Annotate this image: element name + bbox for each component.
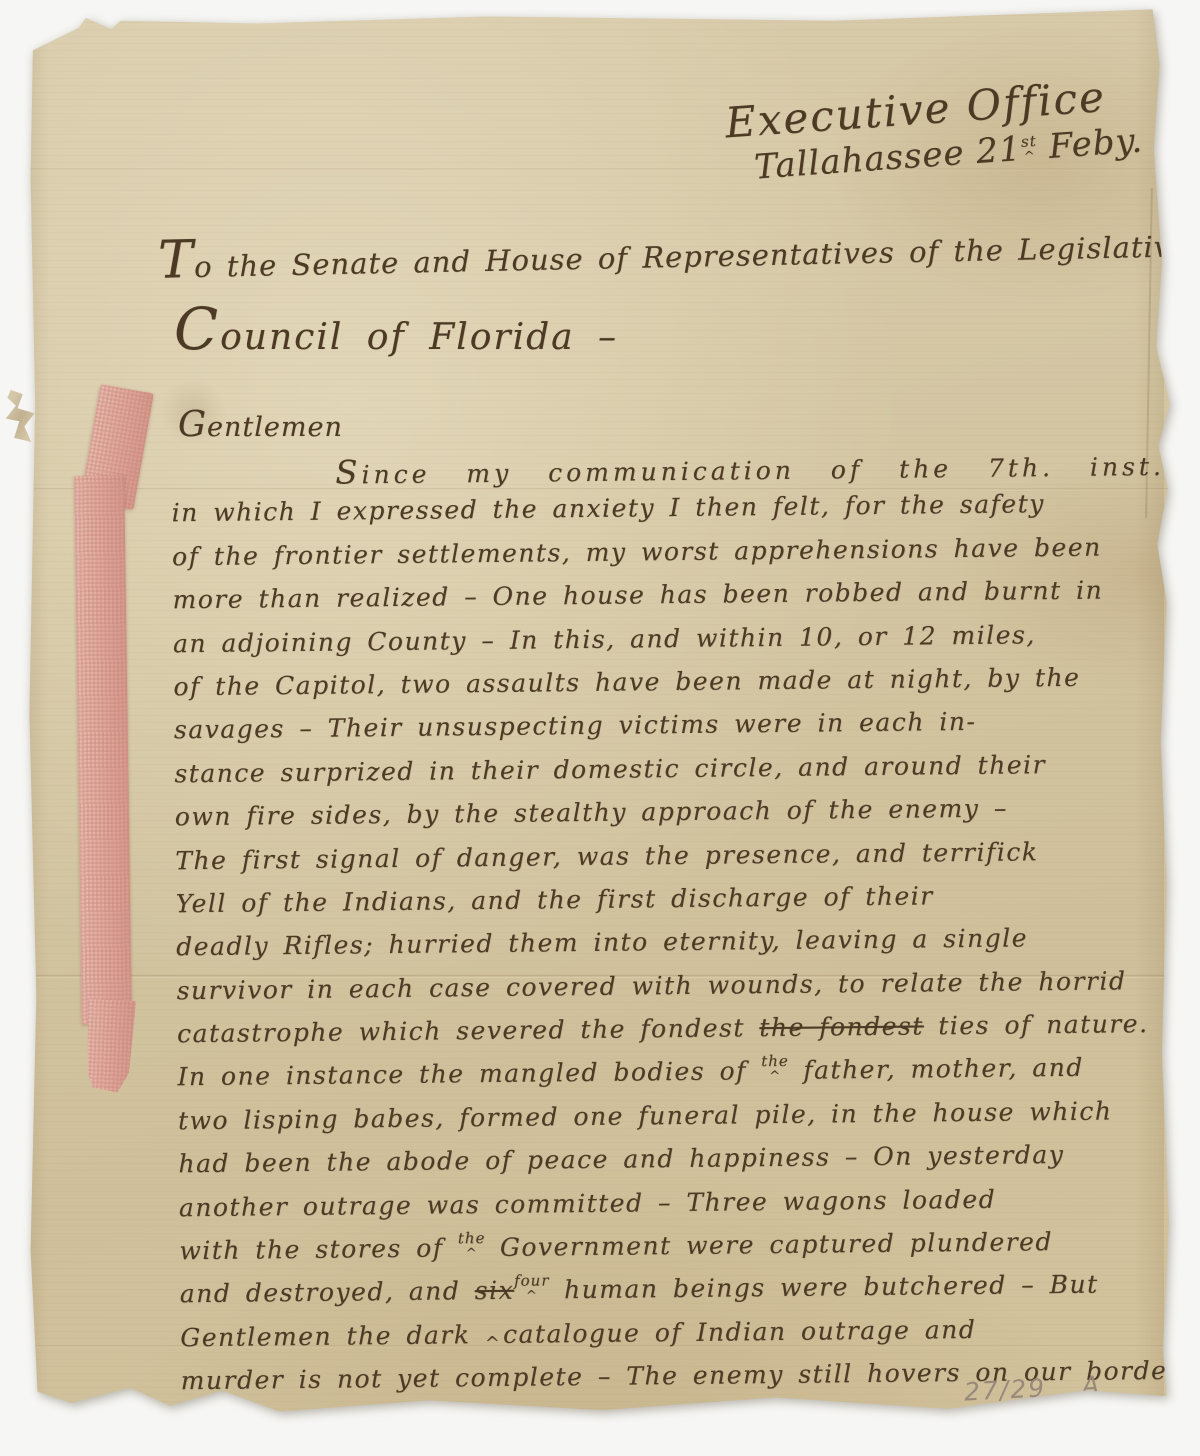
- binding-ribbon: [84, 999, 136, 1093]
- text-segment: catastrophe which severed the fondest: [177, 1013, 760, 1048]
- paper-sheet-wrap: Executive Office Tallahassee 21st Feby. …: [26, 8, 1178, 1420]
- text-segment: of Indian outrage and: [640, 1315, 976, 1348]
- text-segment: father, mother, and: [789, 1053, 1084, 1085]
- text-segment: Since my communication of the 7th. inst.: [335, 452, 1165, 490]
- letter-page: Executive Office Tallahassee 21st Feby. …: [26, 8, 1178, 1420]
- text-segment: six: [475, 1276, 515, 1305]
- salutation-line-2: Council of Florida –: [174, 296, 618, 363]
- scanned-letter-scene: Executive Office Tallahassee 21st Feby. …: [0, 0, 1200, 1456]
- text-segment: In one instance the mangled bodies of: [177, 1057, 761, 1092]
- text-segment: human beings were butchered – But: [549, 1270, 1098, 1305]
- text-segment: Government were captured plundered: [485, 1227, 1053, 1262]
- archival-annotation: 27/29A: [963, 1370, 1101, 1406]
- greeting: Gentlemen: [178, 404, 343, 445]
- text-segment: the fondest: [759, 1012, 924, 1043]
- archival-letter: A: [1081, 1370, 1102, 1400]
- text-segment: Gentlemen the dark: [180, 1320, 485, 1352]
- text-segment: the: [761, 1052, 789, 1070]
- letter-body: Since my communication of the 7th. inst.…: [171, 445, 1186, 1410]
- text-segment: catalogue: [485, 1318, 641, 1349]
- text-segment: with the stores of: [179, 1233, 458, 1265]
- binding-ribbon: [74, 476, 132, 1025]
- text-segment: st: [1020, 132, 1037, 151]
- paper-edge-shading: [26, 8, 48, 1420]
- text-segment: and destroyed, and: [180, 1277, 475, 1309]
- salutation-line-1: To the Senate and House of Representativ…: [157, 209, 1189, 291]
- text-segment: four: [514, 1272, 550, 1290]
- text-segment: ties of nature.: [924, 1009, 1149, 1040]
- archival-page-number: 27/29: [963, 1373, 1046, 1406]
- text-segment: the: [458, 1229, 486, 1247]
